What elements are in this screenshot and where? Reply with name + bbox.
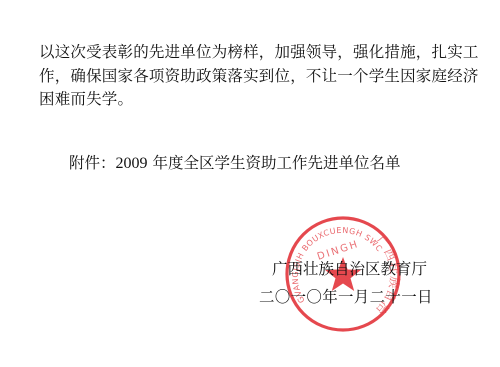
paragraph-line: 困难而失学。 xyxy=(39,88,469,112)
attachment-title: 年度全区学生资助工作先进单位名单 xyxy=(148,154,401,172)
attachment-label: 附件： xyxy=(69,154,116,172)
body-paragraph: 以这次受表彰的先进单位为榜样，加强领导，强化措施，扎实工 作，确保国家各项资助政… xyxy=(39,41,469,112)
issuing-organization: 广西壮族自治区教育厅 xyxy=(272,257,427,279)
attachment-year: 2009 xyxy=(116,155,148,172)
attachment-line: 附件：2009 年度全区学生资助工作先进单位名单 xyxy=(69,151,400,173)
paragraph-line: 作，确保国家各项资助政策落实到位，不让一个学生因家庭经济 xyxy=(39,65,469,89)
paragraph-line: 以这次受表彰的先进单位为榜样，加强领导，强化措施，扎实工 xyxy=(39,41,469,65)
issue-date: 二〇一〇年一月二十一日 xyxy=(259,285,433,307)
